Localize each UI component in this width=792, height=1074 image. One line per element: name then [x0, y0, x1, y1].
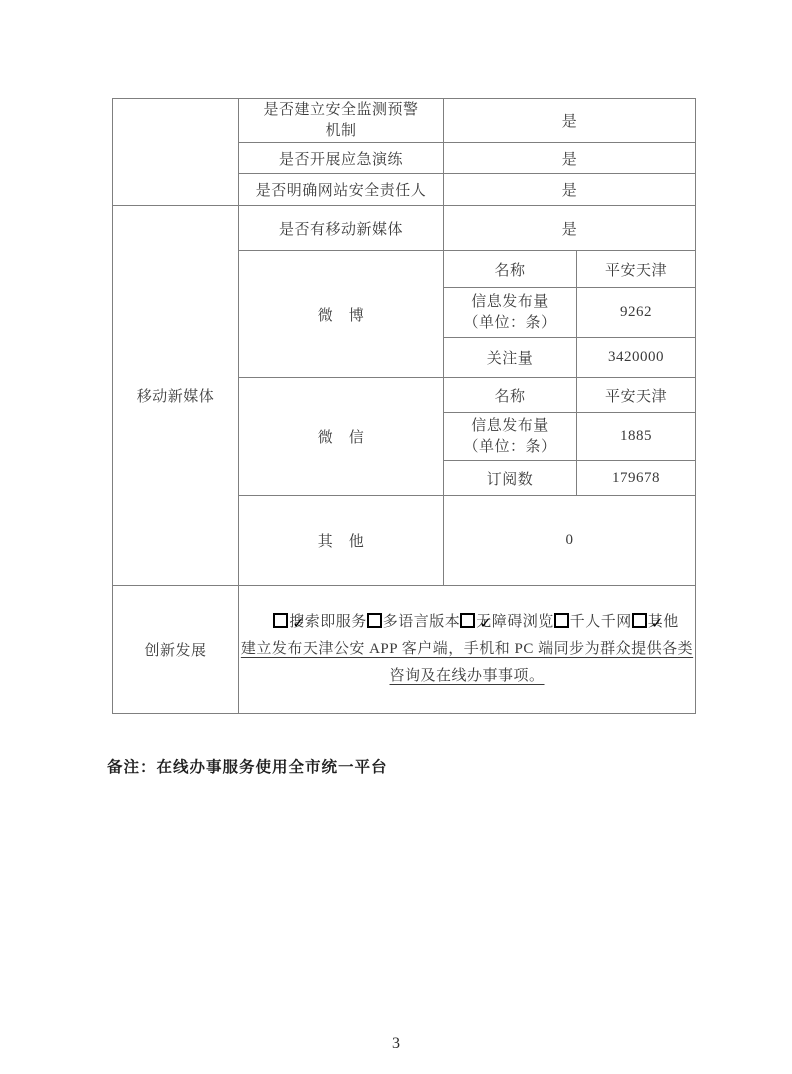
table-row: 创新发展 搜索即服务多语言版本无障碍浏览千人千网其他 建立发布天津公安 APP …	[113, 586, 696, 714]
checkbox-unchecked-icon	[367, 613, 382, 628]
checkbox-unchecked-icon	[554, 613, 569, 628]
security-monitor-label: 是否建立安全监测预警 机制	[239, 99, 444, 143]
option-multilingual: 多语言版本	[367, 614, 461, 630]
weibo-label: 微 博	[239, 251, 444, 378]
weibo-posts-value: 9262	[577, 288, 696, 338]
innovation-options-line: 搜索即服务多语言版本无障碍浏览千人千网其他	[239, 609, 695, 636]
weibo-name-value: 平安天津	[577, 251, 696, 288]
checkbox-checked-icon	[632, 613, 647, 628]
government-website-report-table: 是否建立安全监测预警 机制 是 是否开展应急演练 是 是否明确网站安全责任人 是…	[112, 98, 696, 714]
option-label: 多语言版本	[383, 614, 461, 630]
wechat-posts-value: 1885	[577, 413, 696, 461]
table-row: 移动新媒体 是否有移动新媒体 是	[113, 206, 696, 251]
option-search-service: 搜索即服务	[273, 614, 367, 630]
checkbox-checked-icon	[273, 613, 288, 628]
emergency-drill-label: 是否开展应急演练	[239, 143, 444, 174]
wechat-name-value: 平安天津	[577, 378, 696, 413]
emergency-drill-value: 是	[444, 143, 696, 174]
weibo-followers-label: 关注量	[444, 338, 577, 378]
weibo-posts-label: 信息发布量 （单位：条）	[444, 288, 577, 338]
weibo-name-label: 名称	[444, 251, 577, 288]
option-accessibility: 无障碍浏览	[460, 614, 554, 630]
security-officer-value: 是	[444, 174, 696, 206]
checkbox-checked-icon	[460, 613, 475, 628]
option-other: 其他	[632, 614, 679, 630]
remark-note: 备注：在线办事服务使用全市统一平台	[107, 755, 388, 777]
wechat-label: 微 信	[239, 378, 444, 496]
wechat-posts-label: 信息发布量 （单位：条）	[444, 413, 577, 461]
wechat-subscribers-label: 订阅数	[444, 461, 577, 496]
security-monitor-value: 是	[444, 99, 696, 143]
empty-section-cell	[113, 99, 239, 206]
weibo-followers-value: 3420000	[577, 338, 696, 378]
wechat-subscribers-value: 179678	[577, 461, 696, 496]
innovation-content-cell: 搜索即服务多语言版本无障碍浏览千人千网其他 建立发布天津公安 APP 客户端，手…	[239, 586, 696, 714]
document-page: { "page": { "note": "备注：在线办事服务使用全市统一平台",…	[0, 0, 792, 1074]
other-media-label: 其 他	[239, 496, 444, 586]
section-label-mobile-media: 移动新媒体	[113, 206, 239, 586]
security-officer-label: 是否明确网站安全责任人	[239, 174, 444, 206]
option-label: 千人千网	[570, 614, 632, 630]
innovation-description: 建立发布天津公安 APP 客户端，手机和 PC 端同步为群众提供各类咨询及在线办…	[239, 636, 695, 690]
page-number: 3	[0, 1035, 792, 1053]
has-mobile-media-label: 是否有移动新媒体	[239, 206, 444, 251]
table-row: 是否建立安全监测预警 机制 是	[113, 99, 696, 143]
other-media-value: 0	[444, 496, 696, 586]
option-personalized: 千人千网	[554, 614, 632, 630]
has-mobile-media-value: 是	[444, 206, 696, 251]
wechat-name-label: 名称	[444, 378, 577, 413]
section-label-innovation: 创新发展	[113, 586, 239, 714]
